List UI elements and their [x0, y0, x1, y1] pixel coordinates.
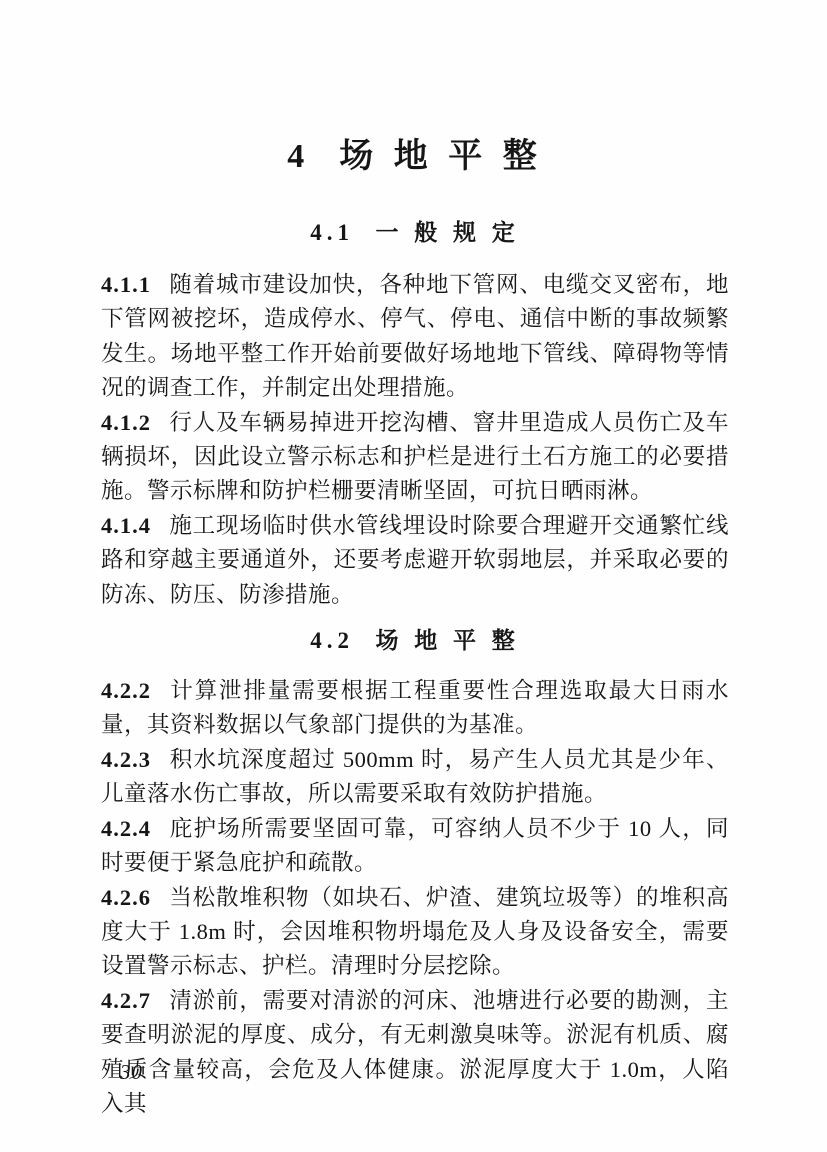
clause-text: 庇护场所需要坚固可靠，可容纳人员不少于 10 人，同时要便于紧急庇护和疏散。	[101, 816, 729, 875]
clause-text: 当松散堆积物（如块石、炉渣、建筑垃圾等）的堆积高度大于 1.8m 时，会因堆积物…	[101, 885, 729, 979]
page-content: 4 场 地 平 整 4.1 一 般 规 定 4.1.1随着城市建设加快，各种地下…	[101, 0, 729, 1121]
clause-4-2-4: 4.2.4庇护场所需要坚固可靠，可容纳人员不少于 10 人，同时要便于紧急庇护和…	[101, 812, 729, 881]
clause-number: 4.1.4	[101, 513, 151, 538]
clause-number: 4.2.3	[101, 747, 151, 772]
clause-number: 4.1.1	[101, 272, 151, 297]
clause-4-1-1: 4.1.1随着城市建设加快，各种地下管网、电缆交叉密布，地下管网被挖坏，造成停水…	[101, 268, 729, 406]
clause-number: 4.2.7	[101, 988, 151, 1013]
clause-text: 清淤前，需要对清淤的河床、池塘进行必要的勘测，主要查明淤泥的厚度、成分，有无刺激…	[101, 988, 729, 1116]
clause-text: 行人及车辆易掉进开挖沟槽、窨井里造成人员伤亡及车辆损坏，因此设立警示标志和护栏是…	[101, 410, 729, 504]
clause-text: 施工现场临时供水管线埋设时除要合理避开交通繁忙线路和穿越主要通道外，还要考虑避开…	[101, 513, 729, 607]
clause-4-1-2: 4.1.2行人及车辆易掉进开挖沟槽、窨井里造成人员伤亡及车辆损坏，因此设立警示标…	[101, 406, 729, 509]
clause-4-2-3: 4.2.3积水坑深度超过 500mm 时，易产生人员尤其是少年、儿童落水伤亡事故…	[101, 743, 729, 812]
clause-text: 随着城市建设加快，各种地下管网、电缆交叉密布，地下管网被挖坏，造成停水、停气、停…	[101, 272, 729, 400]
document-page: 4 场 地 平 整 4.1 一 般 规 定 4.1.1随着城市建设加快，各种地下…	[0, 0, 827, 1152]
clause-number: 4.1.2	[101, 410, 151, 435]
clause-text: 计算泄排量需要根据工程重要性合理选取最大日雨水量，其资料数据以气象部门提供的为基…	[101, 678, 729, 737]
clause-number: 4.2.2	[101, 678, 151, 703]
section-heading-4-1: 4.1 一 般 规 定	[101, 218, 729, 248]
chapter-title: 4 场 地 平 整	[101, 136, 729, 178]
clause-4-2-2: 4.2.2计算泄排量需要根据工程重要性合理选取最大日雨水量，其资料数据以气象部门…	[101, 674, 729, 743]
clause-number: 4.2.6	[101, 885, 151, 910]
clause-4-1-4: 4.1.4施工现场临时供水管线埋设时除要合理避开交通繁忙线路和穿越主要通道外，还…	[101, 509, 729, 612]
clause-text: 积水坑深度超过 500mm 时，易产生人员尤其是少年、儿童落水伤亡事故，所以需要…	[101, 747, 729, 806]
page-number: 30	[120, 1060, 143, 1085]
section-heading-4-2: 4.2 场 地 平 整	[101, 626, 729, 656]
clause-number: 4.2.4	[101, 816, 151, 841]
clause-4-2-6: 4.2.6当松散堆积物（如块石、炉渣、建筑垃圾等）的堆积高度大于 1.8m 时，…	[101, 881, 729, 984]
clause-4-2-7: 4.2.7清淤前，需要对清淤的河床、池塘进行必要的勘测，主要查明淤泥的厚度、成分…	[101, 984, 729, 1122]
